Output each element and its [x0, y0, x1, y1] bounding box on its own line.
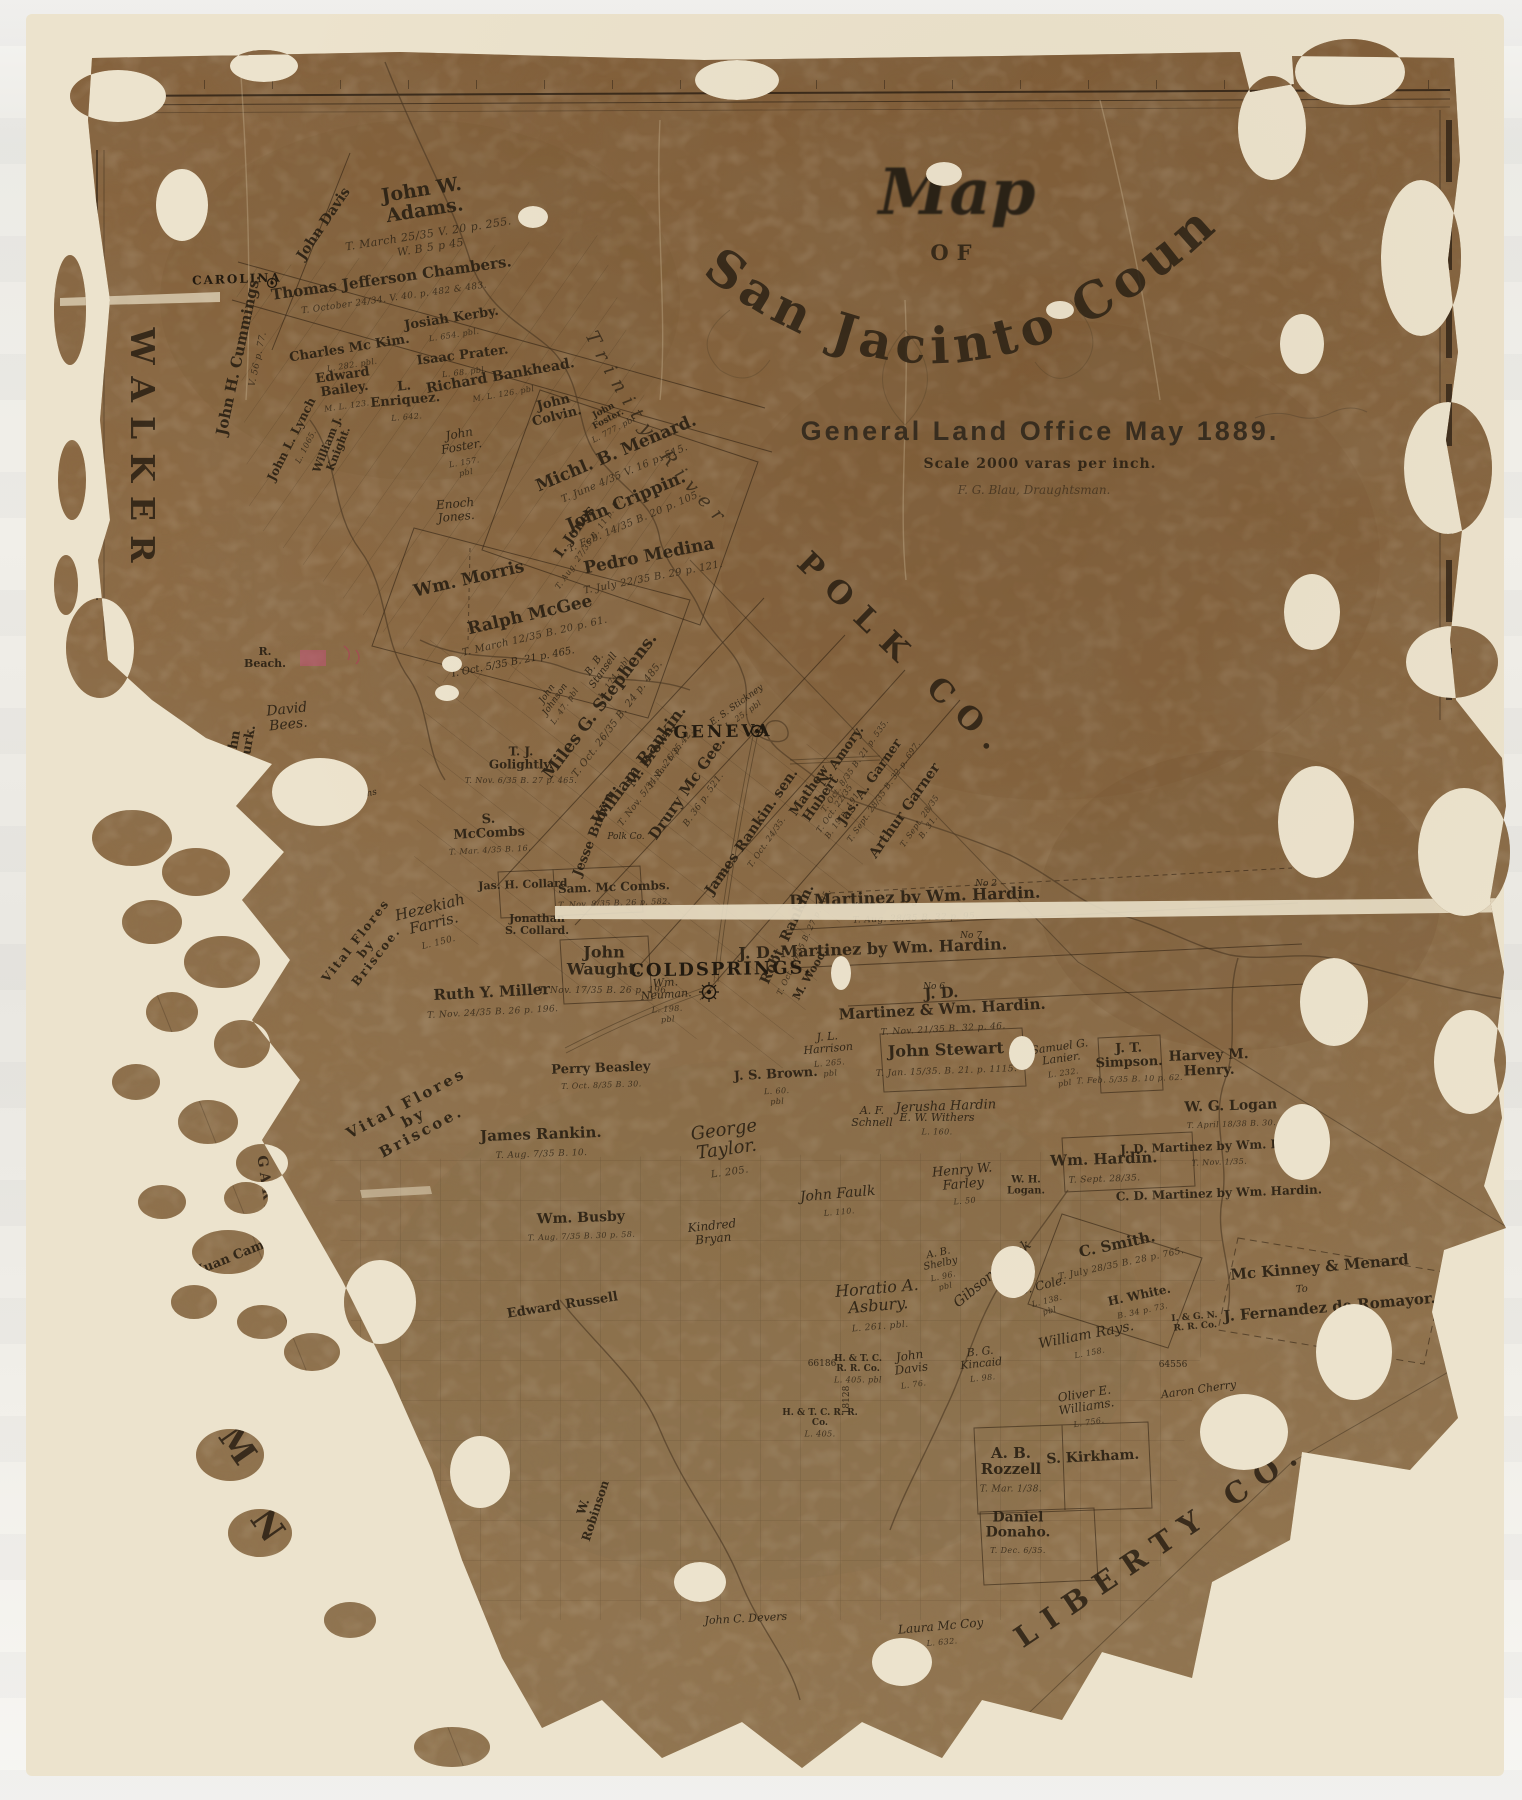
svg-text:Polk Co.: Polk Co. [606, 832, 644, 842]
svg-text:EdwardBailey.M. L. 123.: EdwardBailey.M. L. 123. [314, 364, 374, 414]
subtitle-line1: General Land Office May 1889. [801, 416, 1280, 446]
survey-label: DavidBees. [265, 699, 310, 734]
svg-text:W. H.Logan.: W. H.Logan. [1007, 1175, 1045, 1197]
of-word: OF [930, 240, 979, 265]
survey-label: Polk Co. [606, 832, 644, 842]
svg-text:No 7: No 7 [959, 931, 982, 941]
coldsprings-marker [699, 982, 719, 1002]
svg-text:66186: 66186 [808, 1359, 837, 1369]
svg-text:WALKER: WALKER [123, 326, 162, 576]
survey-label: W. H.Logan. [1007, 1175, 1045, 1197]
survey-label: EdwardBailey.M. L. 123. [314, 364, 374, 414]
survey-label: H. & T. C.R. R. Co.L. 405. pbl [833, 1354, 882, 1384]
svg-text:H. & T. C.R. R. Co.L. 405. pb: H. & T. C.R. R. Co.L. 405. pbl [833, 1354, 882, 1384]
svg-text:64556: 64556 [1159, 1360, 1188, 1370]
svg-text:To: To [1295, 1284, 1308, 1296]
subtitle-scale: Scale 2000 varas per inch. [923, 456, 1156, 472]
survey-label: I. & G. N.R. R. Co. [1171, 1310, 1219, 1334]
svg-text:18128: 18128 [842, 1385, 852, 1414]
svg-text:DanielDonaho.T. Dec. 6/35.: DanielDonaho.T. Dec. 6/35. [986, 1509, 1051, 1555]
svg-text:I. & G. N.R. R. Co.: I. & G. N.R. R. Co. [1171, 1310, 1219, 1334]
svg-text:No 2: No 2 [974, 879, 997, 889]
svg-text:DavidBees.: DavidBees. [265, 699, 310, 734]
survey-label: EnochJones. [433, 495, 476, 525]
survey-label: DanielDonaho.T. Dec. 6/35. [986, 1509, 1051, 1555]
svg-text:EnochJones.: EnochJones. [433, 495, 476, 525]
anno-label: 66186 [808, 1359, 837, 1369]
anno-label: 18128 [842, 1385, 852, 1414]
anno-label: 64556 [1159, 1360, 1188, 1370]
county-label: WALKER [123, 326, 162, 576]
survey-label: To [1295, 1284, 1308, 1296]
survey-label: No 7 [959, 931, 982, 941]
map-scan-page: Map OF San Jacinto County General Land O… [0, 0, 1522, 1800]
survey-label: No 2 [974, 879, 997, 889]
draftsman-signature: F. G. Blau, Draughtsman. [957, 483, 1111, 497]
san-jacinto-county-map: Map OF San Jacinto County General Land O… [0, 0, 1522, 1800]
